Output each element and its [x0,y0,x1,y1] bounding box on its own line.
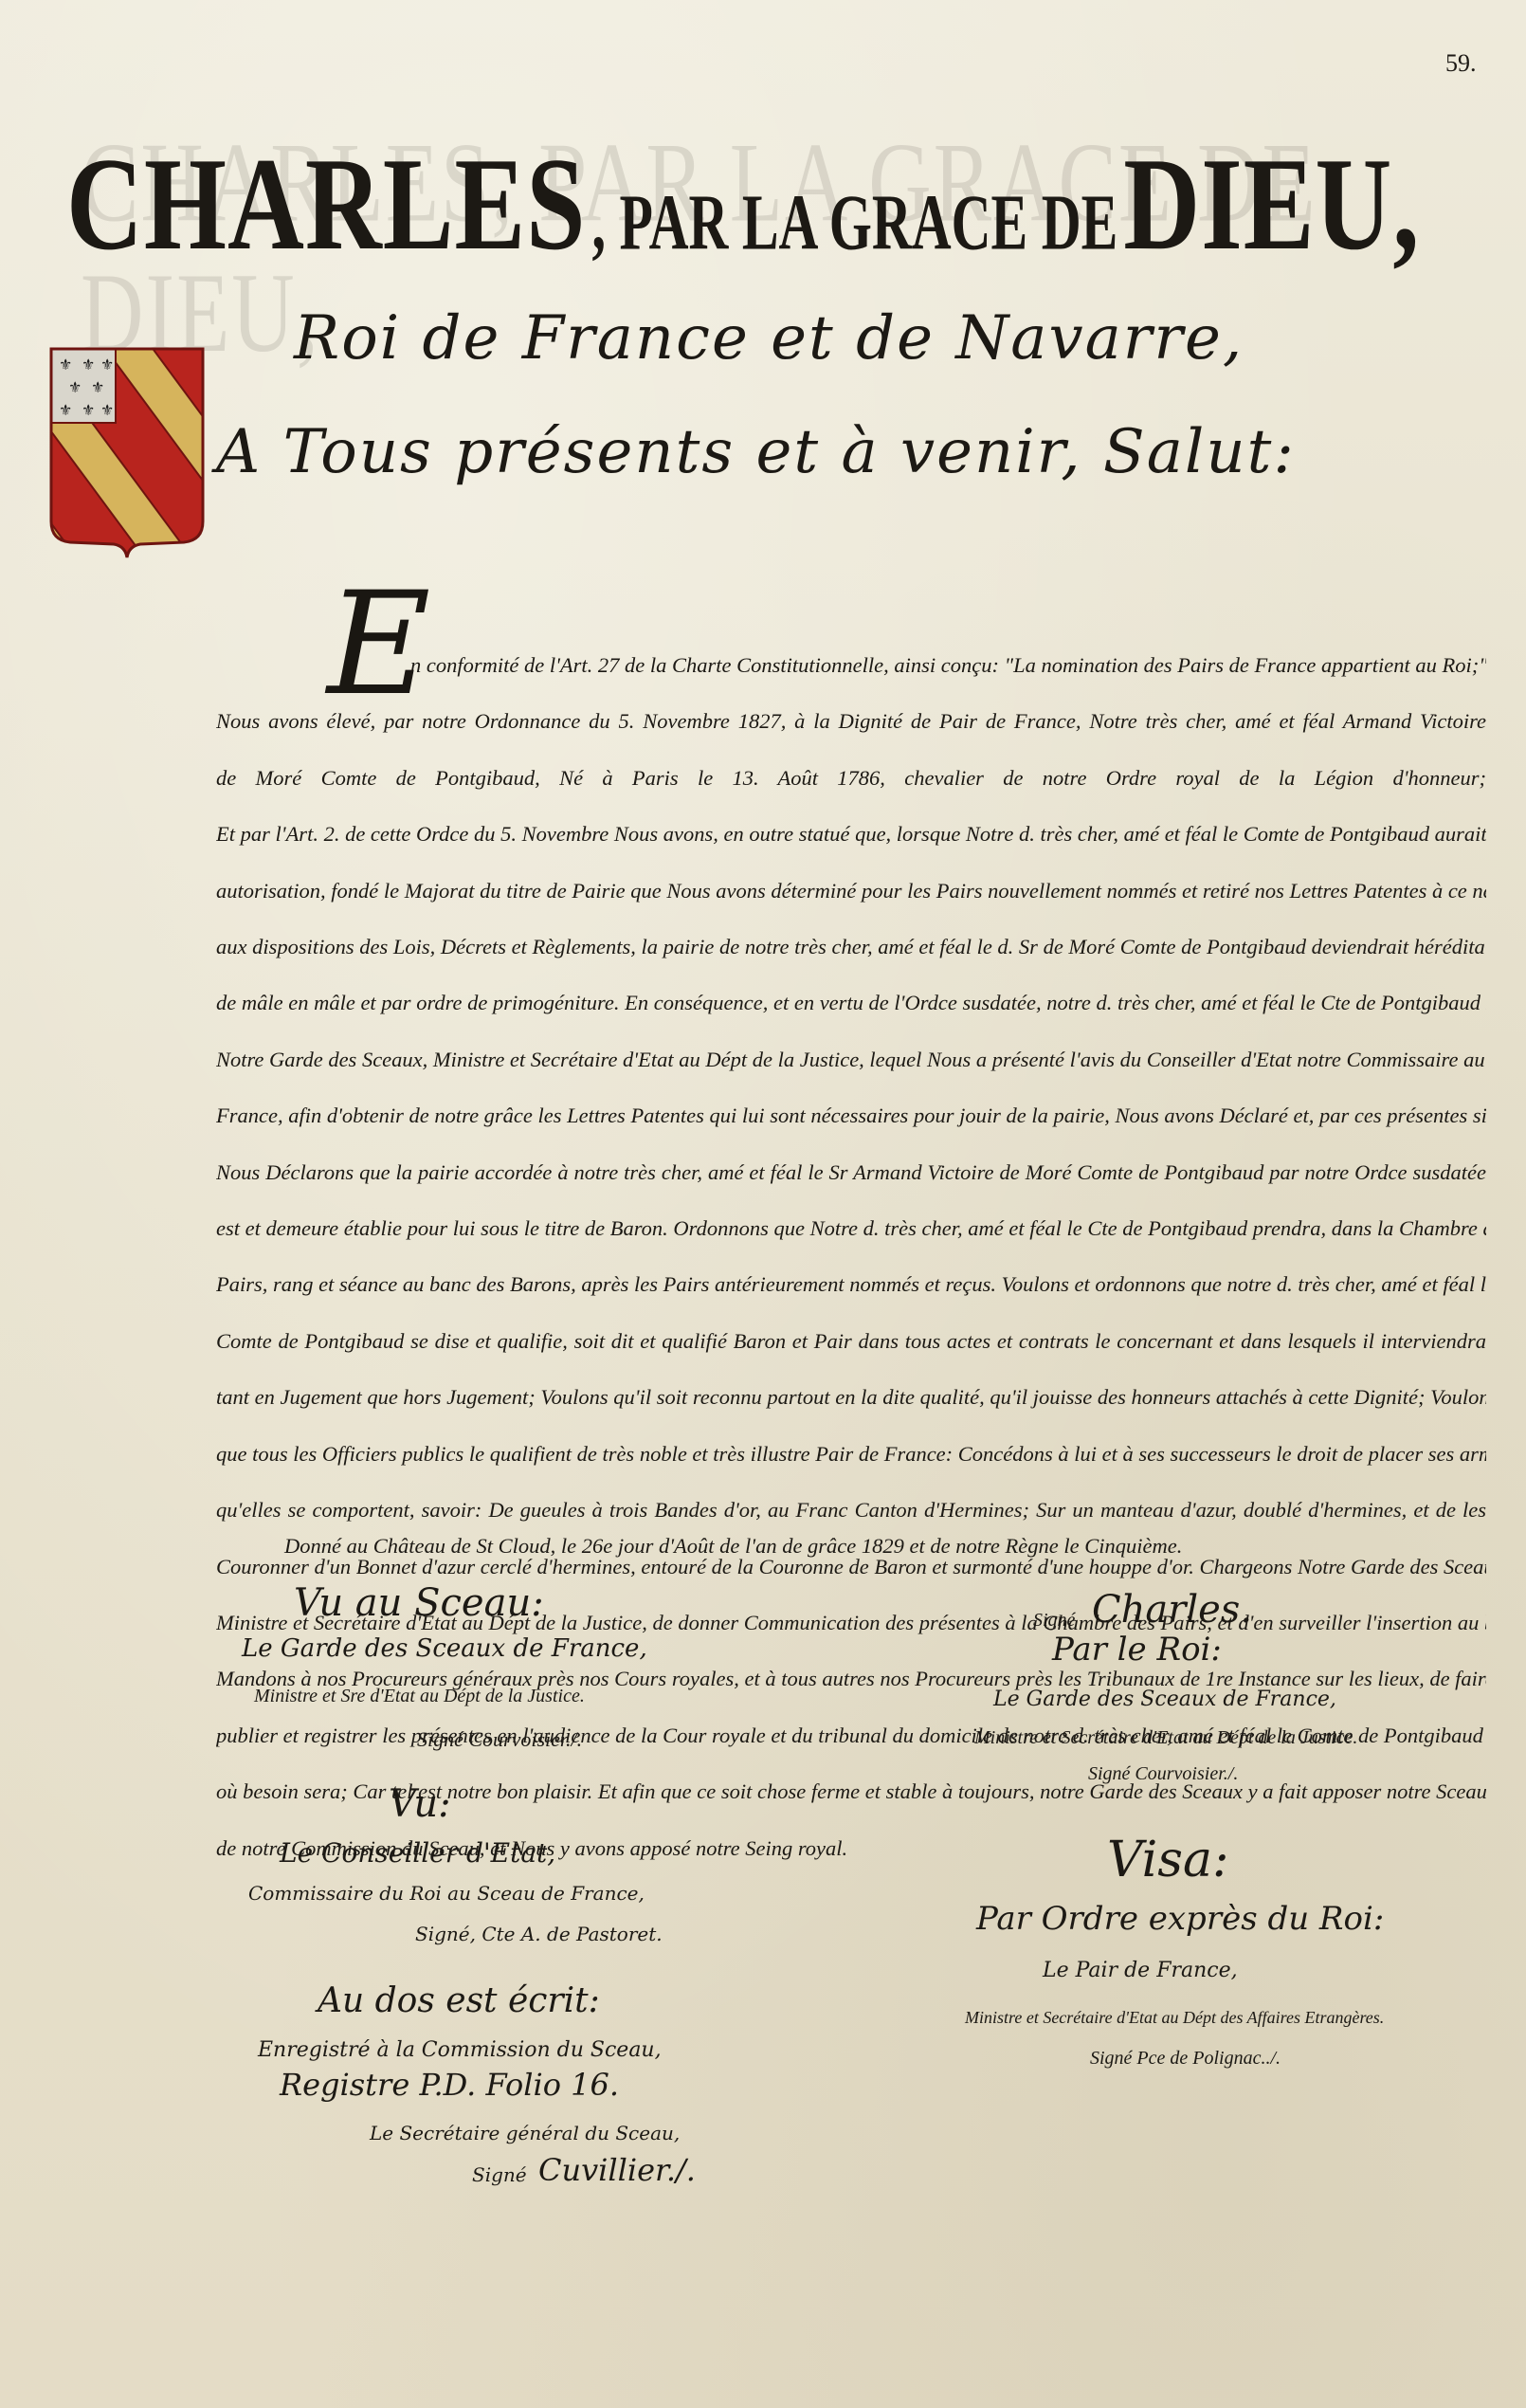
svg-text:⚜: ⚜ [82,356,95,374]
visa-peer: Le Pair de France, [1043,1959,1238,1982]
visa-signed: Signé Pce de Polignac../. [1090,2048,1281,2070]
coat-of-arms-icon: ⚜⚜⚜ ⚜⚜ ⚜⚜⚜ [45,341,209,559]
title-comma: , [1392,129,1420,282]
title-god: DIEU [1123,129,1392,282]
king-signed-label: Signé [1033,1610,1075,1632]
visa-minister: Ministre et Secrétaire d'Etat au Dépt de… [965,2008,1384,2028]
seal-office: Le Garde des Sceaux de France, [242,1634,647,1663]
svg-text:⚜: ⚜ [100,356,114,374]
body-line: tant en Jugement que hors Jugement; Voul… [216,1369,1486,1425]
title-name: CHARLES [66,129,586,282]
document-subtitle: Roi de France et de Navarre, [294,303,1244,374]
keeper-office: Le Garde des Sceaux de France, [993,1687,1336,1711]
body-line: Comte de Pontgibaud se dise et qualifie,… [216,1313,1486,1369]
svg-text:⚜: ⚜ [68,378,82,396]
visa-order: Par Ordre exprès du Roi: [976,1900,1384,1938]
vu-heading: Vu: [389,1782,451,1826]
svg-text:⚜: ⚜ [59,401,72,419]
back-registered: Enregistré à la Commission du Sceau, [258,2038,662,2062]
body-line: autorisation, fondé le Majorat du titre … [216,863,1486,919]
back-signed-name: Cuvillier./. [538,2152,696,2188]
by-the-king: Par le Roi: [1052,1631,1222,1669]
vu-office: Le Conseiller d'Etat, [280,1837,555,1869]
body-line: n conformité de l'Art. 27 de la Charte C… [216,637,1486,693]
king-signature: Charles. [1092,1588,1252,1632]
body-line: qu'elles se comportent, savoir: De gueul… [216,1482,1486,1538]
back-register: Registre P.D. Folio 16. [280,2067,619,2103]
vu-signed: Signé, Cte A. de Pastoret. [415,1923,663,1945]
keeper-signed: Signé Courvoisier./. [1088,1763,1238,1785]
given-at-date: Donné au Château de St Cloud, le 26e jou… [284,1534,1182,1559]
keeper-minister: Ministre et Secrétaire d'Etat au Dépt de… [974,1727,1357,1749]
vu-commission: Commissaire du Roi au Sceau de France, [248,1882,645,1905]
back-signed-label: Signé [472,2163,527,2186]
body-line: Nous Déclarons que la pairie accordée à … [216,1144,1486,1200]
seal-minister: Ministre et Sre d'Etat au Dépt de la Jus… [254,1686,585,1707]
seal-signed: Signé Courvoisier./. [417,1727,582,1752]
body-line: Pairs, rang et séance au banc des Barons… [216,1256,1486,1312]
title-middle: , PAR LA GRACE DE [591,176,1117,268]
visa-heading: Visa: [1107,1832,1228,1888]
svg-text:⚜: ⚜ [82,401,95,419]
body-line: France, afin d'obtenir de notre grâce le… [216,1087,1486,1143]
back-heading: Au dos est écrit: [318,1981,600,2020]
body-line: Nous avons élevé, par notre Ordonnance d… [216,693,1486,749]
body-line: que tous les Officiers publics le qualif… [216,1426,1486,1482]
body-line: est et demeure établie pour lui sous le … [216,1200,1486,1256]
svg-text:⚜: ⚜ [91,378,104,396]
body-line: Notre Garde des Sceaux, Ministre et Secr… [216,1031,1486,1087]
seal-heading: Vu au Sceau: [294,1581,544,1625]
page-number: 59. [1445,49,1477,78]
salutation: A Tous présents et à venir, Salut: [216,417,1296,487]
body-line: de mâle en mâle et par ordre de primogén… [216,975,1486,1031]
body-line: aux dispositions des Lois, Décrets et Rè… [216,919,1486,975]
body-line: de Moré Comte de Pontgibaud, Né à Paris … [216,750,1486,806]
document-title: CHARLES, PAR LA GRACE DE DIEU, [66,159,1488,282]
svg-text:⚜: ⚜ [59,356,72,374]
svg-text:⚜: ⚜ [100,401,114,419]
back-secretary: Le Secrétaire général du Sceau, [370,2122,680,2144]
body-line: Et par l'Art. 2. de cette Ordce du 5. No… [216,806,1486,862]
